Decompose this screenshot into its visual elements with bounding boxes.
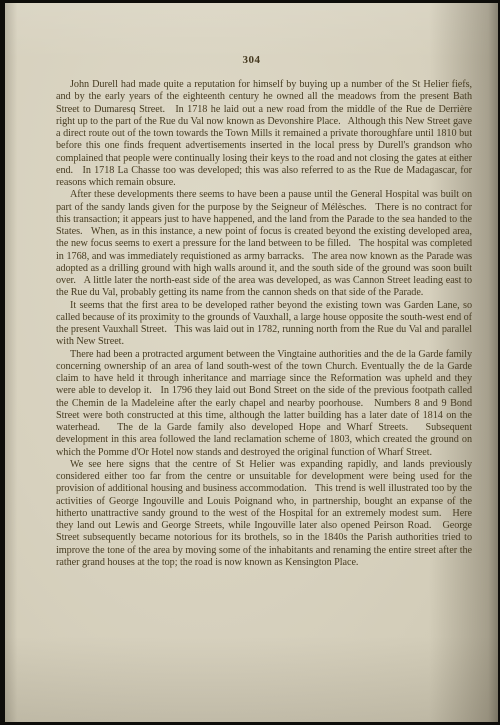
- paragraph: We see here signs that the centre of St …: [56, 459, 472, 569]
- paragraph: John Durell had made quite a reputation …: [56, 79, 472, 189]
- scanned-book-page: 304 John Durell had made quite a reputat…: [0, 0, 500, 725]
- page-number: 304: [5, 54, 498, 66]
- paragraph: It seems that the first area to be devel…: [56, 300, 472, 349]
- paragraph: After these developments there seems to …: [56, 189, 472, 299]
- page-paper: 304 John Durell had made quite a reputat…: [5, 3, 498, 722]
- body-text: John Durell had made quite a reputation …: [56, 79, 472, 569]
- paragraph: There had been a protracted argument bet…: [56, 349, 472, 459]
